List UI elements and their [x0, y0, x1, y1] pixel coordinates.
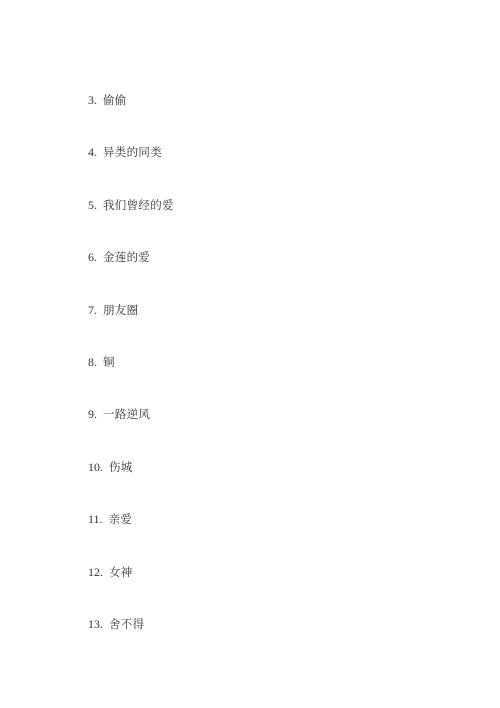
item-number: 10.: [88, 459, 103, 475]
item-title: 朋友圈: [103, 302, 138, 318]
item-number: 4.: [88, 144, 97, 160]
item-number: 11.: [88, 511, 103, 527]
list-item: 12.女神: [88, 564, 174, 616]
item-title: 偷偷: [103, 92, 127, 108]
item-title: 一路逆风: [103, 406, 150, 422]
list-item: 4.异类的同类: [88, 144, 174, 196]
list-item: 3.偷偷: [88, 92, 174, 144]
item-title: 伤城: [109, 459, 133, 475]
item-title: 亲爱: [109, 511, 133, 527]
item-title: 异类的同类: [103, 144, 162, 160]
item-title: 金莲的爱: [103, 249, 150, 265]
list-item: 10.伤城: [88, 459, 174, 511]
list-item: 13.舍不得: [88, 616, 174, 668]
item-title: 舍不得: [109, 616, 144, 632]
list-item: 8.铜: [88, 354, 174, 406]
list-item: 9.一路逆风: [88, 406, 174, 458]
item-number: 6.: [88, 249, 97, 265]
list-item: 6.金莲的爱: [88, 249, 174, 301]
item-number: 5.: [88, 197, 97, 213]
list-item: 11.亲爱: [88, 511, 174, 563]
item-number: 12.: [88, 564, 103, 580]
item-number: 3.: [88, 92, 97, 108]
list-item: 7.朋友圈: [88, 302, 174, 354]
item-title: 女神: [109, 564, 133, 580]
item-number: 8.: [88, 354, 97, 370]
item-number: 7.: [88, 302, 97, 318]
item-number: 9.: [88, 406, 97, 422]
document-page: 3.偷偷 4.异类的同类 5.我们曾经的爱 6.金莲的爱 7.朋友圈 8.铜 9…: [0, 0, 500, 708]
list-item: 5.我们曾经的爱: [88, 197, 174, 249]
item-title: 我们曾经的爱: [103, 197, 174, 213]
item-title: 铜: [103, 354, 115, 370]
item-number: 13.: [88, 616, 103, 632]
numbered-list: 3.偷偷 4.异类的同类 5.我们曾经的爱 6.金莲的爱 7.朋友圈 8.铜 9…: [88, 92, 174, 668]
